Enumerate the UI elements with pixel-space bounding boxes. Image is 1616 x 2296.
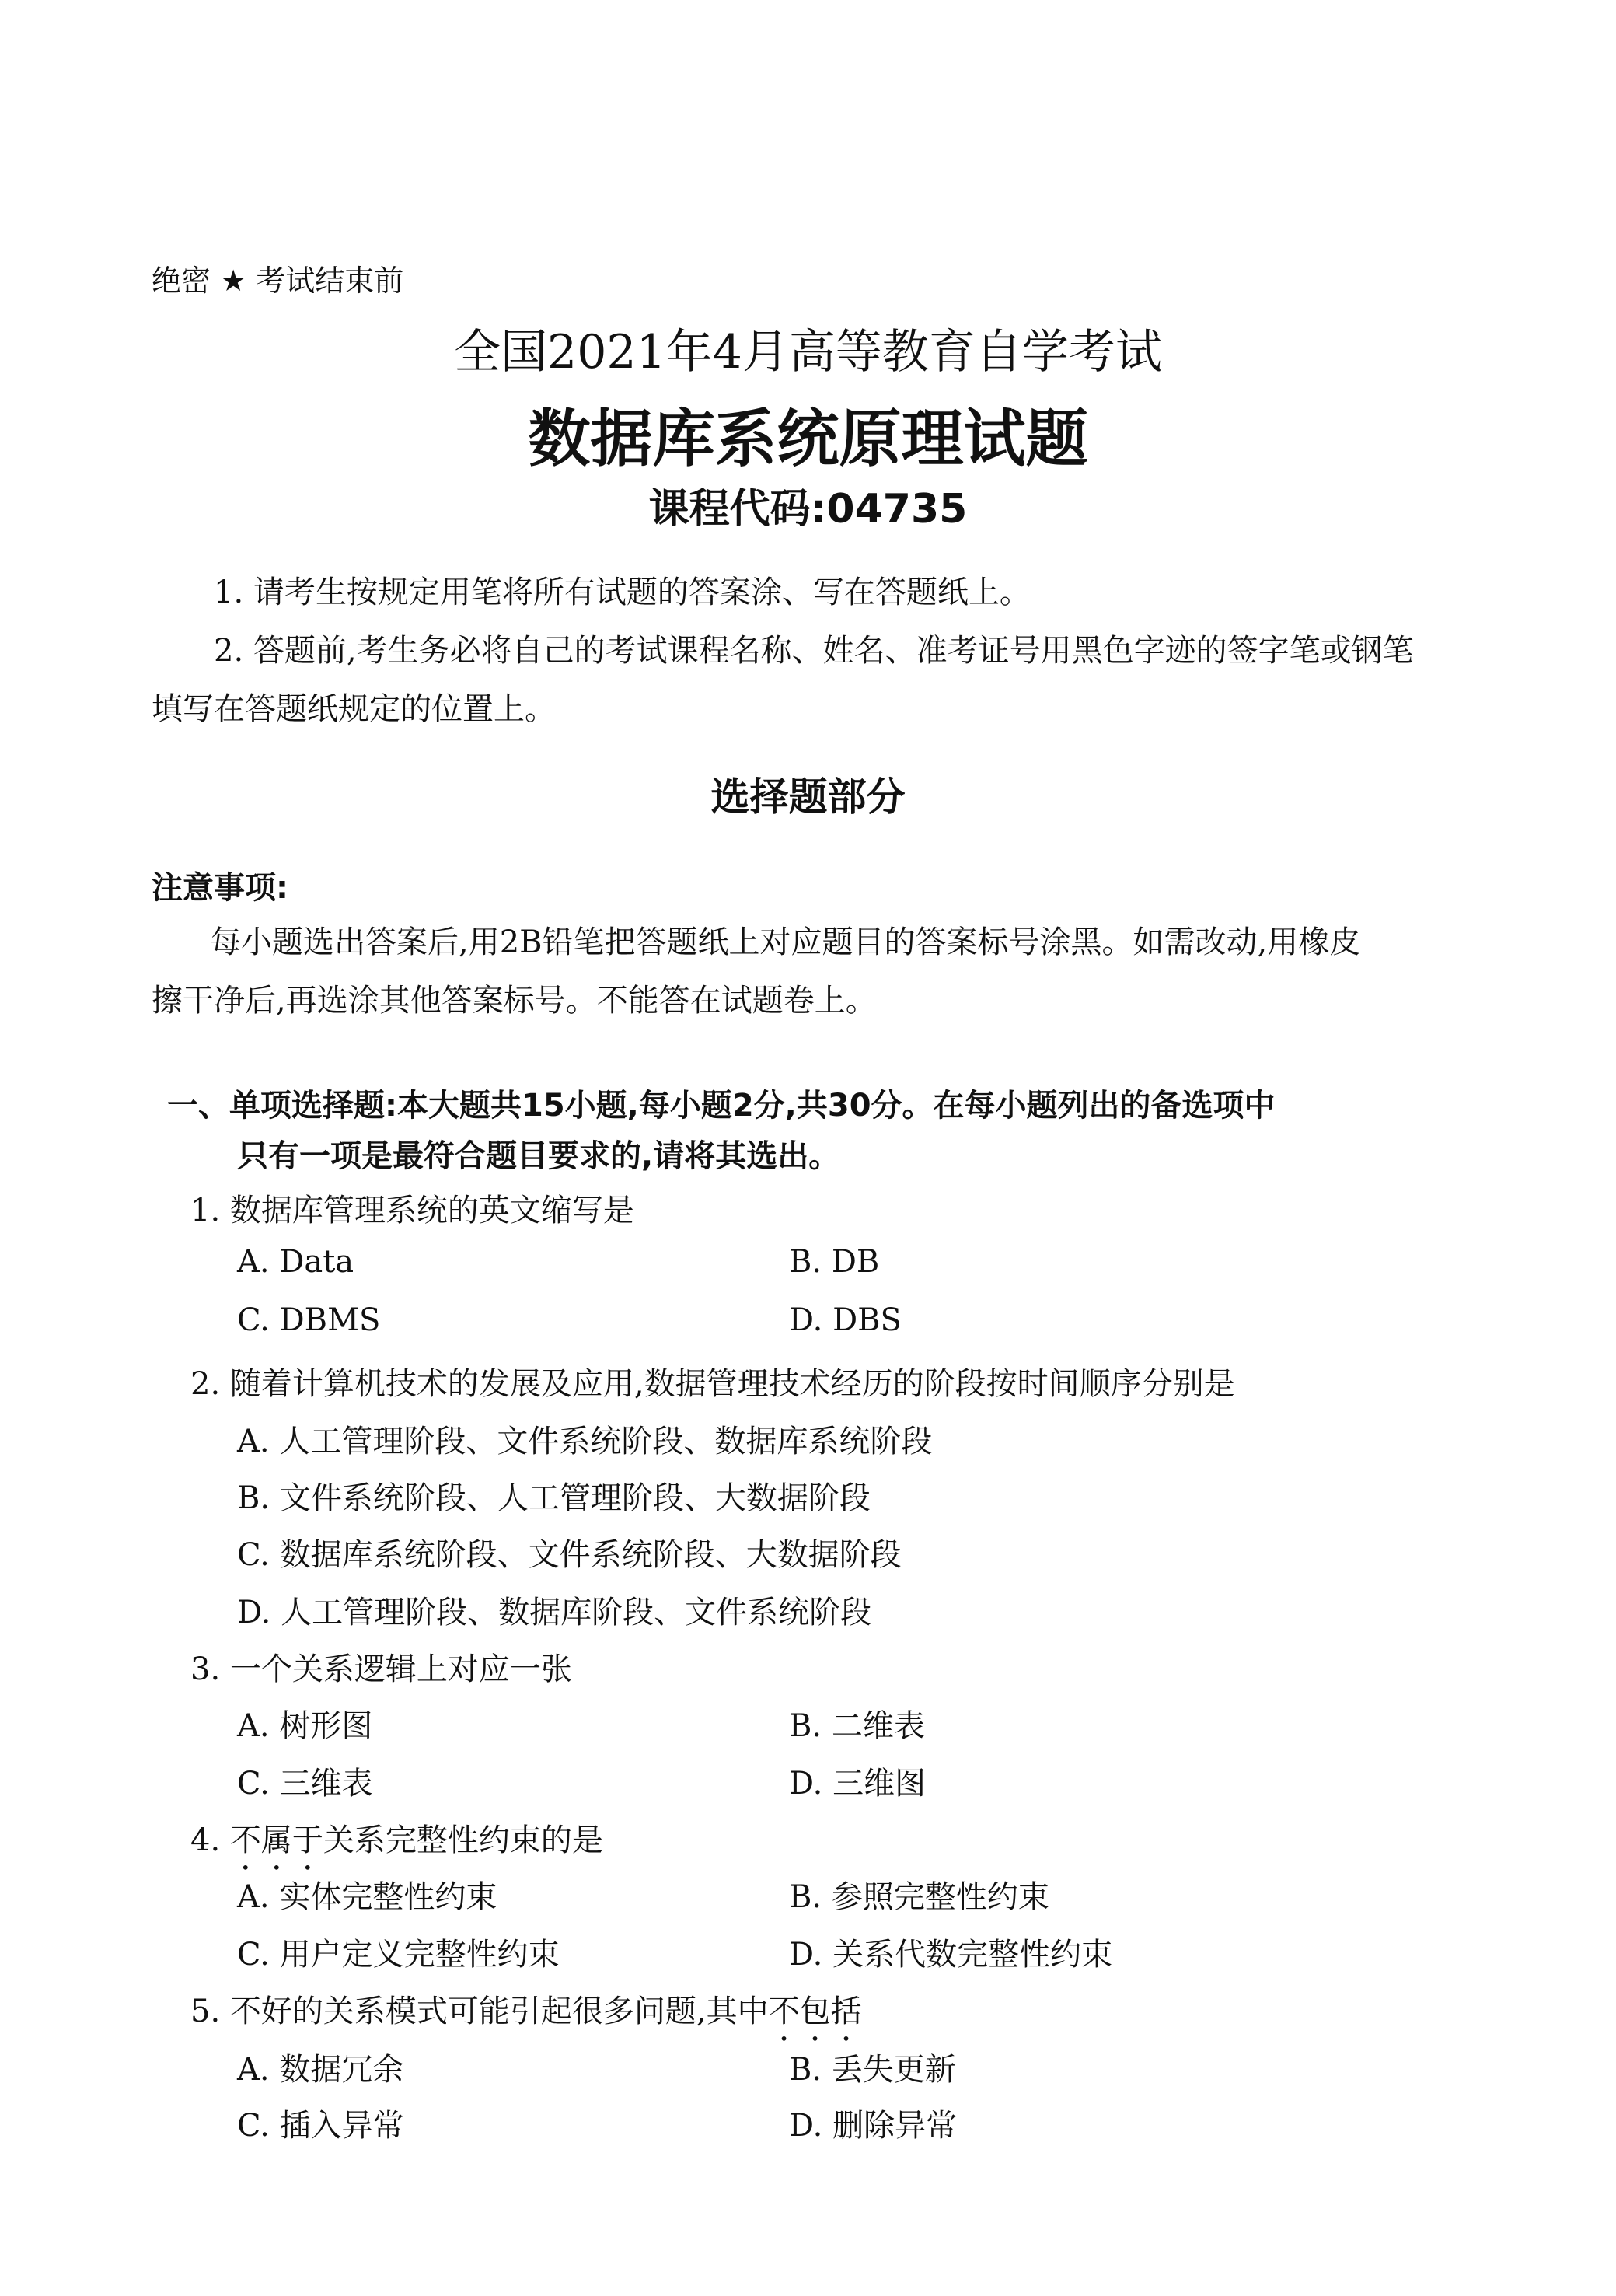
q5-option-b: B. 丢失更新 <box>789 2045 956 2089</box>
q4-option-c: C. 用户定义完整性约束 <box>237 1930 560 1974</box>
instruction-2: 2. 答题前,考生务必将自己的考试课程名称、姓名、准考证号用黑色字迹的签字笔或钢… <box>214 626 1414 670</box>
question-number: 2. <box>190 1366 220 1402</box>
section-title: 选择题部分 <box>0 766 1616 822</box>
question-stem: 不好的关系模式可能引起很多问题,其中 <box>230 1994 769 2029</box>
q3-option-d: D. 三维图 <box>789 1759 926 1803</box>
question-number: 3. <box>190 1651 220 1687</box>
part-one-heading: 一、单项选择题:本大题共15小题,每小题2分,共30分。在每小题列出的备选项中 <box>167 1081 1276 1125</box>
q3-option-b: B. 二维表 <box>789 1701 925 1746</box>
question-stem: 随着计算机技术的发展及应用,数据管理技术经历的阶段按时间顺序分别是 <box>230 1366 1235 1402</box>
question-5: 5. 不好的关系模式可能引起很多问题,其中不包括 <box>190 1987 862 2048</box>
q4-option-d: D. 关系代数完整性约束 <box>789 1930 1112 1974</box>
question-4: 4. 不属于关系完整性约束的是 <box>190 1815 603 1877</box>
question-stem: 关系完整性约束的是 <box>323 1822 603 1858</box>
q1-option-b: B. DB <box>789 1244 879 1280</box>
q3-option-c: C. 三维表 <box>237 1759 373 1803</box>
q2-option-d: D. 人工管理阶段、数据库阶段、文件系统阶段 <box>237 1588 871 1632</box>
instruction-1: 1. 请考生按规定用笔将所有试题的答案涂、写在答题纸上。 <box>214 568 1031 612</box>
question-2: 2. 随着计算机技术的发展及应用,数据管理技术经历的阶段按时间顺序分别是 <box>190 1359 1235 1403</box>
question-number: 5. <box>190 1994 220 2029</box>
question-1: 1. 数据库管理系统的英文缩写是 <box>190 1186 634 1230</box>
subject-title: 数据库系统原理试题 <box>0 389 1616 478</box>
question-stem: 数据库管理系统的英文缩写是 <box>230 1193 634 1228</box>
q1-option-d: D. DBS <box>789 1302 902 1338</box>
q1-option-a: A. Data <box>237 1244 354 1280</box>
q5-option-c: C. 插入异常 <box>237 2101 404 2145</box>
question-number: 4. <box>190 1822 220 1858</box>
q2-option-b: B. 文件系统阶段、人工管理阶段、大数据阶段 <box>237 1473 871 1518</box>
q5-option-d: D. 删除异常 <box>789 2101 957 2145</box>
question-3: 3. 一个关系逻辑上对应一张 <box>190 1644 572 1689</box>
q3-option-a: A. 树形图 <box>237 1701 372 1746</box>
part-one-heading-cont: 只有一项是最符合题目要求的,请将其选出。 <box>237 1131 839 1176</box>
course-code: 课程代码:04735 <box>0 476 1616 534</box>
instruction-2-cont: 填写在答题纸规定的位置上。 <box>152 684 556 729</box>
emphasized-text: 不属于 <box>230 1822 323 1858</box>
q5-option-a: A. 数据冗余 <box>237 2045 403 2089</box>
notice-line-2: 擦干净后,再选涂其他答案标号。不能答在试题卷上。 <box>152 976 877 1020</box>
question-number: 1. <box>190 1193 220 1228</box>
q1-option-c: C. DBMS <box>237 1302 380 1338</box>
question-stem: 一个关系逻辑上对应一张 <box>230 1651 572 1687</box>
confidential-label: 绝密 ★ 考试结束前 <box>152 257 403 299</box>
exam-title: 全国2021年4月高等教育自学考试 <box>0 315 1616 382</box>
q4-option-b: B. 参照完整性约束 <box>789 1872 1049 1917</box>
emphasized-text: 不包括 <box>769 1994 862 2029</box>
q2-option-a: A. 人工管理阶段、文件系统阶段、数据库系统阶段 <box>237 1417 932 1461</box>
notice-label: 注意事项: <box>152 863 288 907</box>
q2-option-c: C. 数据库系统阶段、文件系统阶段、大数据阶段 <box>237 1530 902 1574</box>
notice-line-1: 每小题选出答案后,用2B铅笔把答题纸上对应题目的答案标号涂黑。如需改动,用橡皮 <box>210 917 1360 962</box>
q4-option-a: A. 实体完整性约束 <box>237 1872 497 1917</box>
